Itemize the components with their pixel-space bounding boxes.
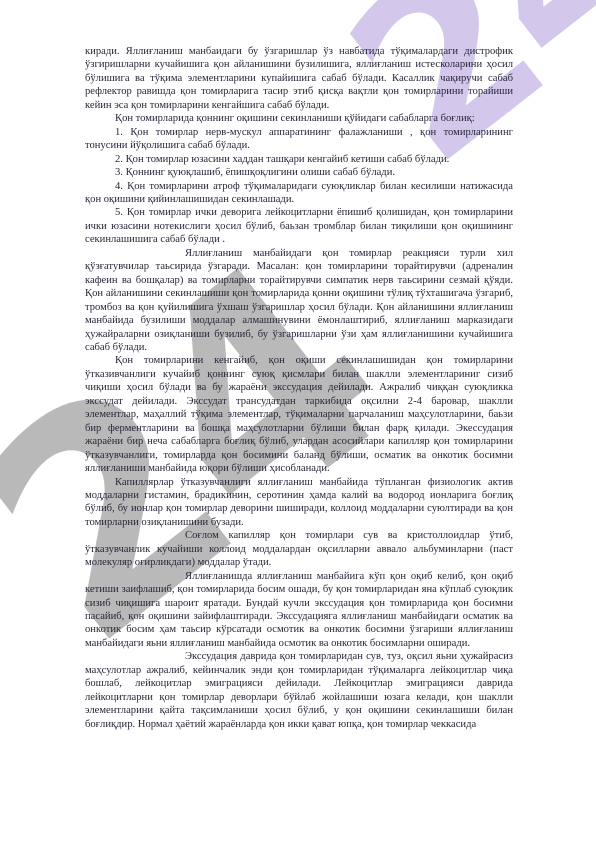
paragraph: Қон томирларида қоннинг оқишини секинлан… (85, 112, 513, 125)
paragraph: 1. Қон томирлар нерв-мускул аппаратининг… (85, 126, 513, 153)
paragraph: Қон томирларини кенгайиб, қон оқиши секи… (85, 354, 513, 475)
paragraph: 2. Қон томирлар юзасини хаддан ташқари к… (85, 153, 513, 166)
paragraph: 3. Қоннинг қуюқлашиб, ёпишқоқлигини олиш… (85, 166, 513, 179)
paragraph: Яллиғланиш манбайидаги қон томирлар реак… (85, 247, 513, 355)
paragraph: киради. Яллиғланиш манбаидаги бу ўзгариш… (85, 45, 513, 112)
body-text: киради. Яллиғланиш манбаидаги бу ўзгариш… (85, 45, 513, 731)
document-page: 24 24 киради. Яллиғланиш манбаидаги бу ў… (0, 0, 596, 842)
paragraph: Капиллярлар ўтказувчанлиги яллиғланиш ма… (85, 476, 513, 530)
paragraph: Соғлом капилляр қон томирлари сув ва кри… (85, 529, 513, 569)
paragraph: Яллиғланишда яллиғланиш манбайига кўп қо… (85, 570, 513, 651)
paragraph: Экссудация даврида қон томирларидан сув,… (85, 650, 513, 731)
paragraph: 4. Қон томирларини атроф тўқималаридаги … (85, 180, 513, 207)
paragraph: 5. Қон томирлар ички деворига лейкоцитла… (85, 206, 513, 246)
